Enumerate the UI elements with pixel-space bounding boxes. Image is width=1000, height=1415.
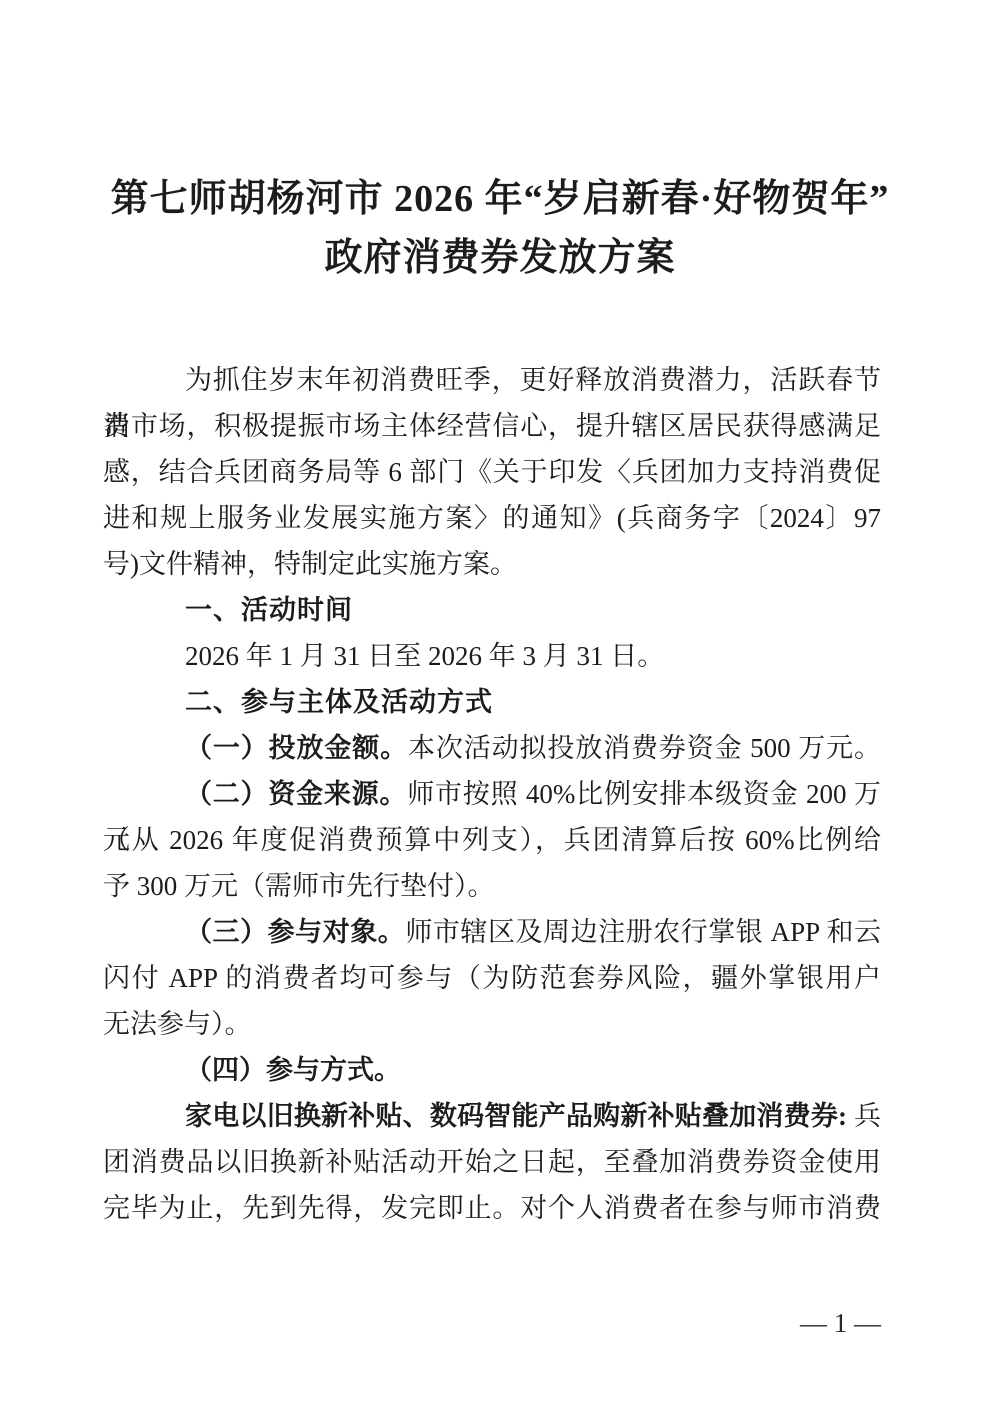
heading-run: 一、活动时间 (185, 595, 353, 625)
text-run: 团消费品以旧换新补贴活动开始之日起，至叠加消费券资金使用 (103, 1147, 881, 1177)
body-line-7: 2026 年 1 月 31 日至 2026 年 3 月 31 日。 (103, 633, 881, 679)
body-line-16: （四）参与方式。 (103, 1047, 881, 1093)
text-run: 进和规上服务业发展实施方案〉的通知》(兵商务字〔2024〕97 (103, 503, 881, 533)
text-run: 无法参与）。 (103, 1009, 252, 1039)
text-run: （从 2026 年度促消费预算中列支），兵团清算后按 60%比例给 (103, 825, 881, 855)
body-line-11: （从 2026 年度促消费预算中列支），兵团清算后按 60%比例给 (103, 817, 881, 863)
body-line-12: 予 300 万元（需师市先行垫付）。 (103, 863, 881, 909)
body-line-9: （一）投放金额。本次活动拟投放消费券资金 500 万元。 (103, 725, 881, 771)
bold-lead-run: （一）投放金额。 (185, 733, 408, 763)
body-line-15: 无法参与）。 (103, 1001, 881, 1047)
text-run: 2026 年 1 月 31 日至 2026 年 3 月 31 日。 (185, 641, 664, 671)
body-line-5: 号)文件精神，特制定此实施方案。 (103, 541, 881, 587)
text-run: 师市辖区及周边注册农行掌银 APP 和云 (405, 917, 881, 947)
page-number: — 1 — (103, 1308, 881, 1339)
body-line-14: 闪付 APP 的消费者均可参与（为防范套券风险，疆外掌银用户 (103, 955, 881, 1001)
text-run: 本次活动拟投放消费券资金 500 万元。 (408, 733, 881, 763)
text-run: 感，结合兵团商务局等 6 部门《关于印发〈兵团加力支持消费促 (103, 457, 881, 487)
text-run: 号)文件精神，特制定此实施方案。 (103, 549, 517, 579)
document-page: 第七师胡杨河市 2026 年“岁启新春·好物贺年” 政府消费券发放方案 为抓住岁… (0, 0, 1000, 1415)
document-title: 第七师胡杨河市 2026 年“岁启新春·好物贺年” 政府消费券发放方案 (0, 170, 1000, 288)
document-title-line-2: 政府消费券发放方案 (0, 229, 1000, 288)
document-title-line-1: 第七师胡杨河市 2026 年“岁启新春·好物贺年” (0, 170, 1000, 229)
body-line-19: 完毕为止，先到先得，发完即止。对个人消费者在参与师市消费 (103, 1185, 881, 1231)
body-line-18: 团消费品以旧换新补贴活动开始之日起，至叠加消费券资金使用 (103, 1139, 881, 1185)
body-line-2: 费市场，积极提振市场主体经营信心，提升辖区居民获得感满足 (103, 403, 881, 449)
body-line-4: 进和规上服务业发展实施方案〉的通知》(兵商务字〔2024〕97 (103, 495, 881, 541)
text-run: 予 300 万元（需师市先行垫付）。 (103, 871, 495, 901)
document-body: 为抓住岁末年初消费旺季，更好释放消费潜力，活跃春节消 费市场，积极提振市场主体经… (103, 357, 881, 1231)
bold-lead-run: 家电以旧换新补贴、数码智能产品购新补贴叠加消费券: (185, 1101, 847, 1131)
section-heading-2: 二、参与主体及活动方式 (103, 679, 881, 725)
heading-run: 二、参与主体及活动方式 (185, 687, 493, 717)
body-line-10: （二）资金来源。师市按照 40%比例安排本级资金 200 万元 (103, 771, 881, 817)
body-line-13: （三）参与对象。师市辖区及周边注册农行掌银 APP 和云 (103, 909, 881, 955)
body-line-1: 为抓住岁末年初消费旺季，更好释放消费潜力，活跃春节消 (103, 357, 881, 403)
body-line-3: 感，结合兵团商务局等 6 部门《关于印发〈兵团加力支持消费促 (103, 449, 881, 495)
text-run: 兵 (847, 1101, 881, 1131)
text-run: 费市场，积极提振市场主体经营信心，提升辖区居民获得感满足 (103, 411, 881, 441)
body-line-17: 家电以旧换新补贴、数码智能产品购新补贴叠加消费券: 兵 (103, 1093, 881, 1139)
bold-lead-run: （三）参与对象。 (185, 917, 405, 947)
bold-lead-run: （二）资金来源。 (185, 779, 407, 809)
bold-lead-run: （四）参与方式。 (185, 1055, 401, 1085)
text-run: 闪付 APP 的消费者均可参与（为防范套券风险，疆外掌银用户 (103, 963, 881, 993)
section-heading-1: 一、活动时间 (103, 587, 881, 633)
text-run: 完毕为止，先到先得，发完即止。对个人消费者在参与师市消费 (103, 1193, 881, 1223)
